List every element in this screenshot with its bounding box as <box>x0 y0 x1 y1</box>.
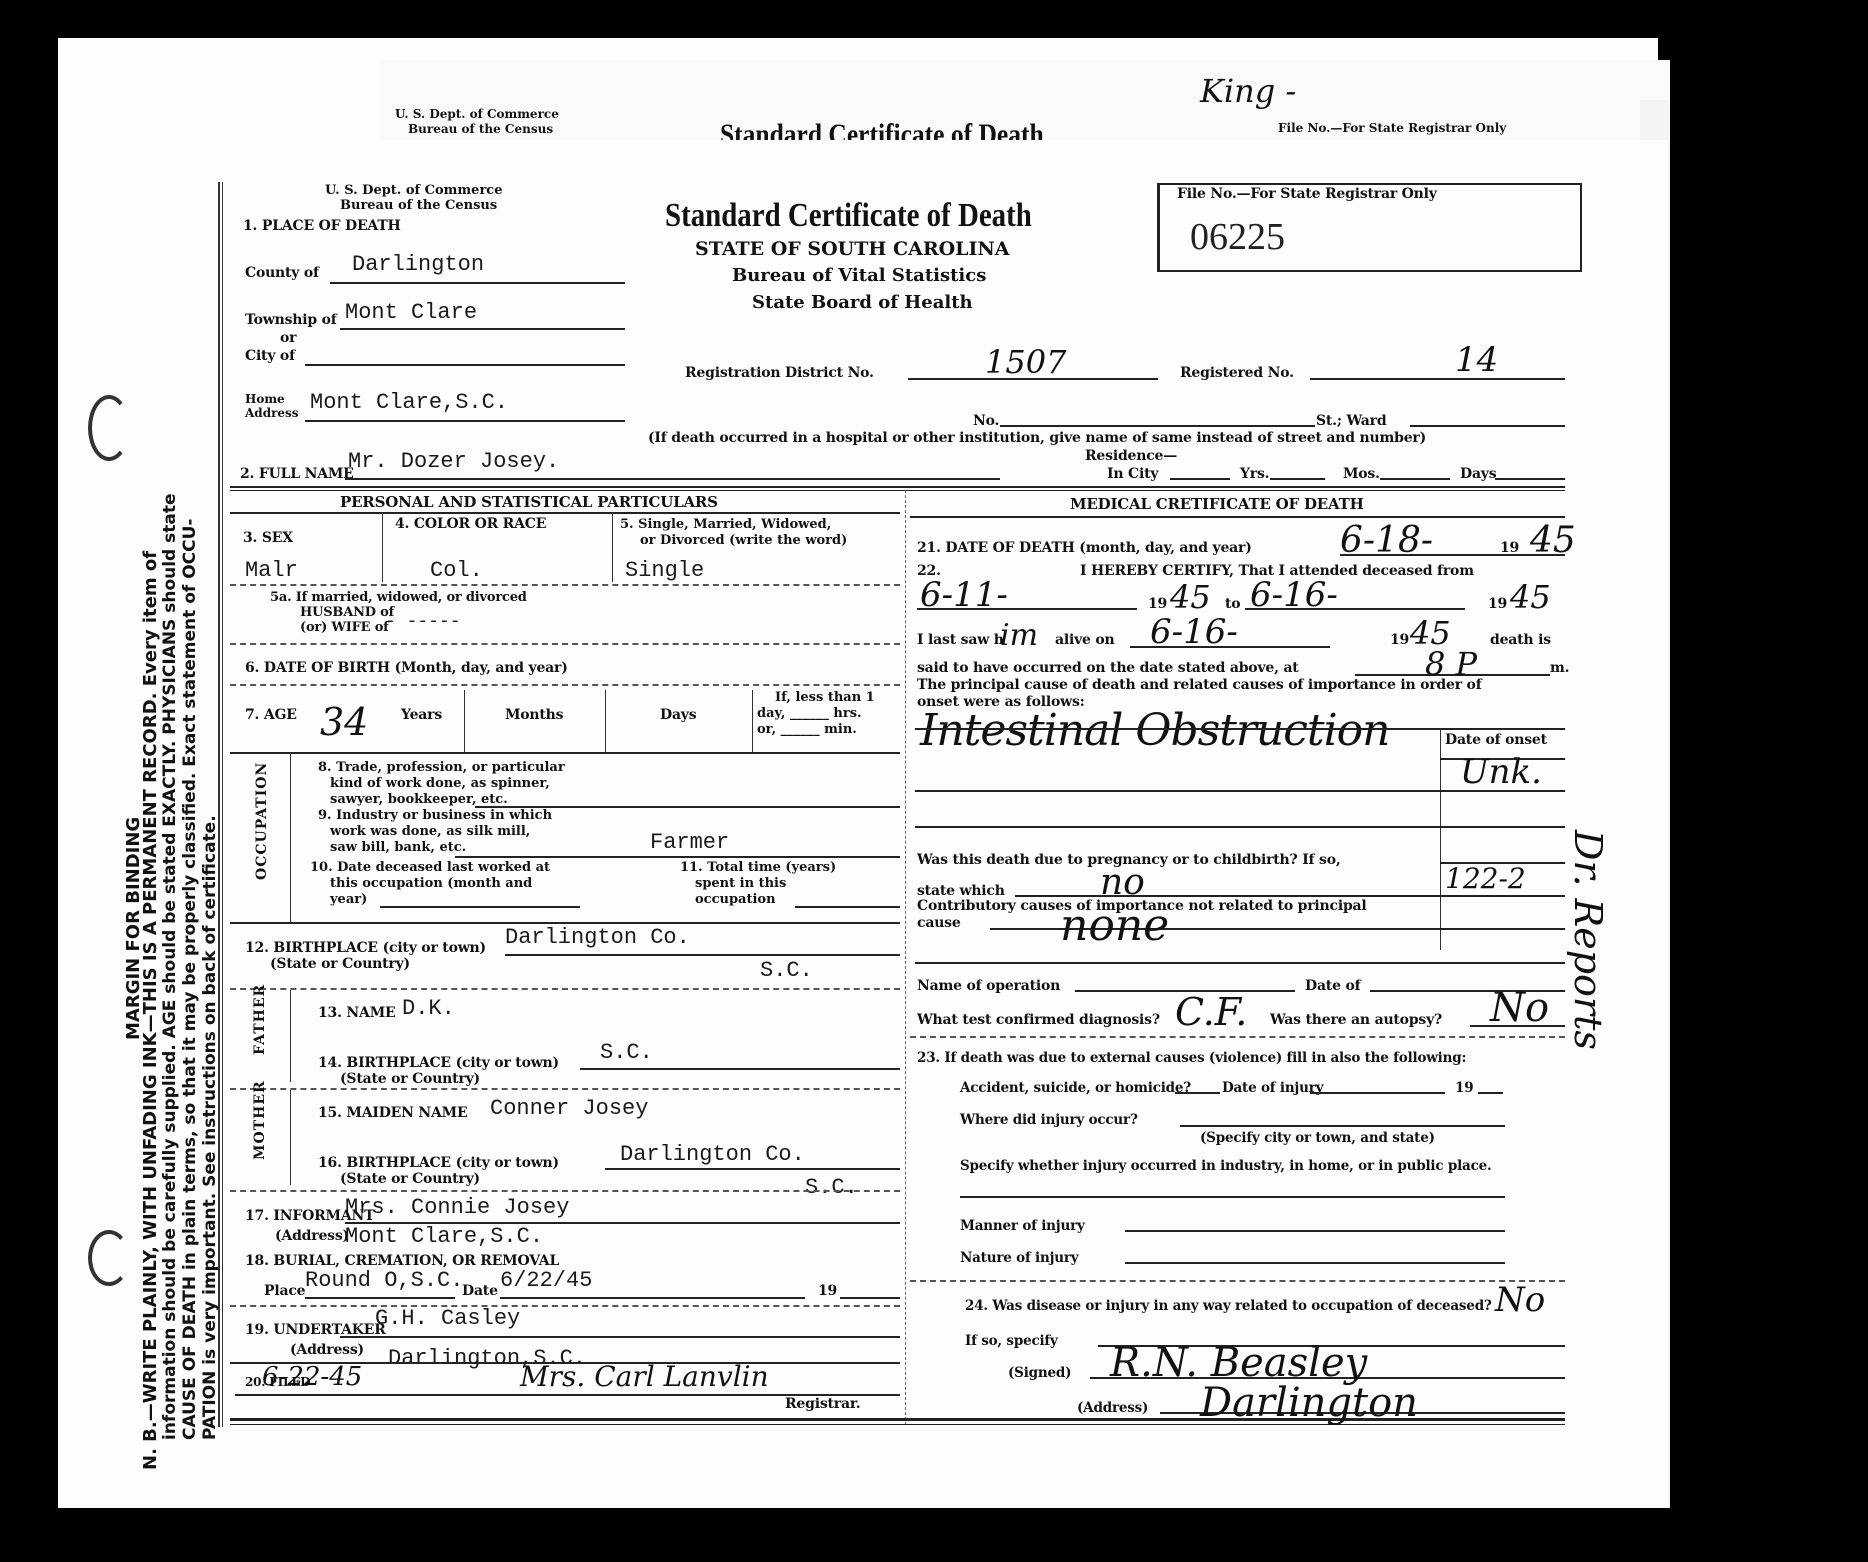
handwritten-king: King - <box>1200 72 1296 110</box>
state-name: STATE OF SOUTH CAROLINA <box>695 238 1010 260</box>
age-label: 7. AGE <box>245 707 297 723</box>
dod-year-prefix: 19 <box>1500 540 1519 556</box>
days-divider <box>752 690 753 752</box>
row-divider-1 <box>230 584 900 586</box>
row-divider-4 <box>230 752 900 754</box>
marital-value[interactable]: Single <box>625 558 704 583</box>
attended-from-value[interactable]: 6-11- <box>920 575 1008 615</box>
race-value[interactable]: Col. <box>430 558 483 583</box>
birthplace-state[interactable]: S.C. <box>760 958 813 983</box>
spouse-label-3: (or) WIFE of <box>300 620 389 635</box>
home-address-line <box>305 420 625 422</box>
mother-name-label: 15. MAIDEN NAME <box>318 1105 467 1121</box>
burial-date-label: Date <box>462 1283 498 1299</box>
industry-label-2: work was done, as silk mill, <box>330 824 530 839</box>
accident-label: Accident, suicide, or homicide? <box>960 1080 1191 1096</box>
no-line <box>1000 425 1315 427</box>
injury-date-label: Date of injury <box>1222 1080 1323 1096</box>
residence-label: Residence— <box>1085 448 1177 464</box>
trade-label-1: 8. Trade, profession, or particular <box>318 760 565 775</box>
father-name-value[interactable]: D.K. <box>402 996 455 1021</box>
code-line <box>1440 895 1565 897</box>
sex-label: 3. SEX <box>243 530 293 546</box>
mother-bp-label: 16. BIRTHPLACE (city or town) <box>318 1155 559 1171</box>
race-label: 4. COLOR OR RACE <box>395 516 546 532</box>
external-label: 23. If death was due to external causes … <box>917 1050 1466 1066</box>
last-saw-date[interactable]: 6-16- <box>1150 612 1238 652</box>
ward-line <box>1410 425 1565 427</box>
personal-heading: PERSONAL AND STATISTICAL PARTICULARS <box>340 493 718 511</box>
total-time-label-2: spent in this <box>695 876 786 891</box>
row-divider-3 <box>230 684 900 686</box>
in-city-label: In City <box>1107 466 1158 482</box>
total-time-line <box>795 906 900 908</box>
row-divider-6 <box>230 988 900 990</box>
physician-address-label: (Address) <box>1077 1400 1148 1416</box>
registered-label: Registered No. <box>1180 365 1294 381</box>
where-sub-label: (Specify city or town, and state) <box>1200 1130 1435 1146</box>
row-divider-5 <box>230 922 900 924</box>
where-line <box>1180 1125 1505 1127</box>
last-saw-pronoun[interactable]: im <box>1000 618 1038 653</box>
if-so-label: If so, specify <box>965 1333 1058 1349</box>
undertaker-line <box>340 1336 900 1338</box>
father-bp-sub: (State or Country) <box>340 1071 480 1087</box>
months-label: Months <box>505 707 563 723</box>
said-label: said to have occurred on the date stated… <box>917 660 1299 676</box>
trade-label-2: kind of work done, as spinner, <box>330 776 550 791</box>
cause-label-1: The principal cause of death and related… <box>917 677 1482 693</box>
father-name-label: 13. NAME <box>318 1005 395 1021</box>
operation-label: Name of operation <box>917 978 1060 994</box>
attended-from-year[interactable]: 45 <box>1170 578 1211 616</box>
mother-name-value[interactable]: Conner Josey <box>490 1096 648 1121</box>
to-label: to <box>1225 596 1240 612</box>
row-divider-9 <box>230 1305 900 1307</box>
burial-date-line <box>500 1297 805 1299</box>
margin-line4: PATION is very important. See instructio… <box>200 815 220 1440</box>
burial-date-value[interactable]: 6/22/45 <box>500 1268 592 1293</box>
agency-line2: Bureau of the Census <box>340 198 497 213</box>
occupation-related-label: 24. Was disease or injury in any way rel… <box>965 1298 1492 1314</box>
mother-bp-state[interactable]: S.C. <box>805 1175 858 1200</box>
sex-value[interactable]: Malr <box>245 558 298 583</box>
attended-to-value[interactable]: 6-16- <box>1250 575 1338 615</box>
operation-date-label: Date of <box>1305 978 1360 994</box>
autopsy-label: Was there an autopsy? <box>1270 1012 1442 1028</box>
months-divider <box>605 690 606 752</box>
nature-line <box>1125 1262 1505 1264</box>
margin-line2: information should be carefully supplied… <box>160 493 180 1440</box>
home-label: Home <box>245 392 285 406</box>
injury-year-line <box>1478 1092 1503 1094</box>
marital-label-2: or Divorced (write the word) <box>640 533 847 548</box>
row-divider-7 <box>230 1088 900 1090</box>
township-label: Township of <box>245 312 337 328</box>
mother-divider <box>290 1090 291 1185</box>
injury-year-label: 19 <box>1455 1080 1473 1096</box>
reg-district-label: Registration District No. <box>685 365 874 381</box>
address-label: Address <box>245 406 299 420</box>
trade-label-3: sawyer, bookkeeper, etc. <box>330 792 508 807</box>
birthplace-city[interactable]: Darlington Co. <box>505 925 690 950</box>
informant-value[interactable]: Mrs. Connie Josey <box>345 1195 569 1220</box>
township-line <box>340 328 625 330</box>
registrar-signature: Mrs. Carl Lanvlin <box>520 1360 769 1393</box>
yrs-label: Yrs. <box>1240 466 1269 482</box>
header-divider <box>230 486 1565 488</box>
specify-line <box>960 1196 1505 1198</box>
county-value[interactable]: Darlington <box>352 252 484 277</box>
occupation-related-value[interactable]: No <box>1495 1280 1545 1320</box>
years-divider <box>464 690 465 752</box>
contributory-line-2 <box>915 962 1565 964</box>
less-than-label-3: or, ______ min. <box>757 722 857 737</box>
father-side-label: FATHER <box>252 984 268 1055</box>
city-label: City of <box>245 348 295 364</box>
less-than-label-1: If, less than 1 <box>775 690 875 705</box>
onset-line-3 <box>1440 826 1565 828</box>
sex-divider <box>382 512 383 582</box>
mother-side-label: MOTHER <box>252 1080 268 1160</box>
marital-label-1: 5. Single, Married, Widowed, <box>620 517 831 532</box>
row-divider-8 <box>230 1190 900 1192</box>
onset-divider <box>1440 728 1441 950</box>
back-agency-line1: U. S. Dept. of Commerce <box>395 107 559 121</box>
principal-cause-value[interactable]: Intestinal Obstruction <box>920 705 1390 756</box>
pregnancy-label-2: state which <box>917 883 1005 899</box>
years-label: Years <box>401 707 442 723</box>
attended-from-year-prefix: 19 <box>1148 596 1167 612</box>
filed-date-value[interactable]: 6-22-45 <box>262 1362 362 1392</box>
side-note: Dr. Reports <box>1566 830 1610 1050</box>
industry-line <box>455 856 900 858</box>
or-label: or <box>280 330 296 346</box>
dod-value[interactable]: 6-18- <box>1340 520 1433 561</box>
city-line <box>305 364 625 366</box>
county-line <box>330 282 625 284</box>
spouse-value[interactable]: - ----- <box>385 612 461 632</box>
father-divider <box>290 990 291 1082</box>
township-value[interactable]: Mont Clare <box>345 300 477 325</box>
mos-label: Mos. <box>1343 466 1380 482</box>
last-worked-label-3: year) <box>330 892 367 907</box>
registered-line <box>1310 378 1565 380</box>
contributory-value[interactable]: none <box>1060 900 1169 951</box>
reg-district-value[interactable]: 1507 <box>985 343 1066 381</box>
contributory-label-2: cause <box>917 915 961 931</box>
hospital-note: (If death occurred in a hospital or othe… <box>648 430 1426 446</box>
last-saw-year-prefix: 19 <box>1390 632 1409 648</box>
burial-year-label: 19 <box>818 1283 837 1299</box>
header-divider-2 <box>230 490 1565 491</box>
test-value[interactable]: C.F. <box>1175 990 1247 1034</box>
birthplace-line <box>505 954 900 956</box>
race-divider <box>612 512 613 582</box>
classification-code: 122-2 <box>1445 862 1526 895</box>
registered-value[interactable]: 14 <box>1455 340 1498 380</box>
last-saw-label: I last saw h <box>917 632 1004 648</box>
margin-line1: N. B.—WRITE PLAINLY, WITH UNFADING INK—T… <box>140 551 161 1470</box>
informant-address-value[interactable]: Mont Clare,S.C. <box>345 1224 543 1249</box>
margin-line3: CAUSE OF DEATH in plain terms, so that i… <box>180 519 200 1440</box>
specify-label: Specify whether injury occurred in indus… <box>960 1158 1492 1174</box>
days-res-label: Days <box>1460 466 1496 482</box>
county-label: County of <box>245 265 319 281</box>
burial-place-line <box>305 1297 455 1299</box>
column-divider <box>905 490 906 1425</box>
spouse-label-2: HUSBAND of <box>300 605 394 620</box>
burial-place-label: Place <box>264 1283 305 1299</box>
medical-heading: MEDICAL CRETIFICATE OF DEATH <box>1070 495 1364 513</box>
cause-line-2 <box>915 790 1440 792</box>
father-bp-line <box>580 1068 900 1070</box>
dob-label: 6. DATE OF BIRTH (Month, day, and year) <box>245 660 568 676</box>
informant-address-label: (Address) <box>275 1228 349 1244</box>
row-divider-2 <box>230 643 900 645</box>
manner-label: Manner of injury <box>960 1218 1085 1234</box>
alive-label: alive on <box>1055 632 1115 648</box>
mother-bp-line <box>605 1168 900 1170</box>
attended-to-year[interactable]: 45 <box>1510 578 1551 616</box>
pregnancy-line <box>1015 895 1440 897</box>
binding-border-inner <box>222 182 223 1427</box>
signed-label: (Signed) <box>1008 1365 1071 1381</box>
cause-line-3 <box>915 826 1440 828</box>
less-than-label-2: day, ______ hrs. <box>757 706 862 721</box>
industry-label-3: saw bill, bank, etc. <box>330 840 466 855</box>
binding-border <box>218 182 220 1427</box>
no-label: No. <box>973 413 999 429</box>
contributory-line <box>990 928 1440 930</box>
days-label: Days <box>660 707 696 723</box>
home-address-value[interactable]: Mont Clare,S.C. <box>310 390 508 415</box>
physician-address-value[interactable]: Darlington <box>1200 1380 1418 1426</box>
certificate-title: Standard Certificate of Death <box>665 197 1032 235</box>
undertaker-value[interactable]: G.H. Casley <box>375 1306 520 1331</box>
mother-bp-city[interactable]: Darlington Co. <box>620 1142 805 1167</box>
manner-line <box>1125 1230 1505 1232</box>
full-name-line <box>345 478 1000 480</box>
in-city-line <box>1170 478 1230 480</box>
last-worked-label-1: 10. Date deceased last worked at <box>310 860 550 875</box>
punch-hole-top <box>88 395 130 461</box>
agency-line1: U. S. Dept. of Commerce <box>325 183 503 198</box>
father-bp-label: 14. BIRTHPLACE (city or town) <box>318 1055 559 1071</box>
yrs-line <box>1270 478 1325 480</box>
total-time-label-3: occupation <box>695 892 776 907</box>
last-worked-label-2: this occupation (month and <box>330 876 532 891</box>
st-ward-label: St.; Ward <box>1316 413 1386 429</box>
medical-divider-1 <box>910 1036 1565 1038</box>
onset-value[interactable]: Unk. <box>1460 752 1542 792</box>
mos-line <box>1380 478 1450 480</box>
onset-label: Date of onset <box>1445 732 1547 748</box>
file-no-label: File No.—For State Registrar Only <box>1177 186 1437 202</box>
attended-to-year-prefix: 19 <box>1488 596 1507 612</box>
back-agency-line2: Bureau of the Census <box>408 122 553 136</box>
punch-hole-bottom <box>88 1230 130 1286</box>
mother-bp-sub: (State or Country) <box>340 1171 480 1187</box>
undertaker-address-label: (Address) <box>290 1342 364 1358</box>
total-time-label-1: 11. Total time (years) <box>680 860 836 875</box>
death-is-label: death is <box>1490 632 1551 648</box>
birthplace-sub: (State or Country) <box>270 956 410 972</box>
industry-value[interactable]: Farmer <box>650 830 729 855</box>
age-years-value[interactable]: 34 <box>320 700 368 744</box>
registrar-label: Registrar. <box>785 1396 860 1412</box>
spouse-label-1: 5a. If married, widowed, or divorced <box>270 590 527 605</box>
test-label: What test confirmed diagnosis? <box>917 1012 1160 1028</box>
back-file-no-label: File No.—For State Registrar Only <box>1278 121 1506 135</box>
full-name-label: 2. FULL NAME <box>240 466 354 482</box>
days-res-line <box>1495 478 1565 480</box>
back-title: Standard Certificate of Death <box>720 118 1044 140</box>
father-bp-value[interactable]: S.C. <box>600 1040 653 1065</box>
personal-heading-line <box>230 512 900 514</box>
medical-heading-line <box>910 516 1565 518</box>
cause-line-1 <box>915 728 1565 730</box>
birthplace-label: 12. BIRTHPLACE (city or town) <box>245 940 486 956</box>
industry-label-1: 9. Industry or business in which <box>318 808 552 823</box>
burial-year-line <box>840 1297 900 1299</box>
place-of-death-label: 1. PLACE OF DEATH <box>243 218 401 234</box>
burial-place-value[interactable]: Round O,S.C. <box>305 1268 463 1293</box>
bureau-name: Bureau of Vital Statistics <box>732 265 986 286</box>
full-name-value[interactable]: Mr. Dozer Josey. <box>348 449 559 474</box>
dod-label: 21. DATE OF DEATH (month, day, and year) <box>917 540 1252 556</box>
injury-date-line <box>1310 1092 1445 1094</box>
autopsy-value[interactable]: No <box>1490 985 1549 1031</box>
where-label: Where did injury occur? <box>960 1112 1138 1128</box>
dod-year[interactable]: 45 <box>1530 520 1576 561</box>
last-worked-line <box>380 906 580 908</box>
file-number: 06225 <box>1190 215 1285 259</box>
occupation-side-label: OCCUPATION <box>254 762 270 880</box>
accident-line <box>1175 1092 1220 1094</box>
onset-line-2 <box>1440 790 1565 792</box>
pregnancy-value[interactable]: no <box>1100 862 1145 903</box>
medical-divider-2 <box>910 1280 1565 1282</box>
onset-line-5 <box>1440 928 1565 930</box>
nature-label: Nature of injury <box>960 1250 1078 1266</box>
m-label: m. <box>1550 660 1569 676</box>
burial-label: 18. BURIAL, CREMATION, OR REMOVAL <box>245 1253 559 1269</box>
board-name: State Board of Health <box>752 292 973 313</box>
occupation-divider <box>290 752 291 922</box>
